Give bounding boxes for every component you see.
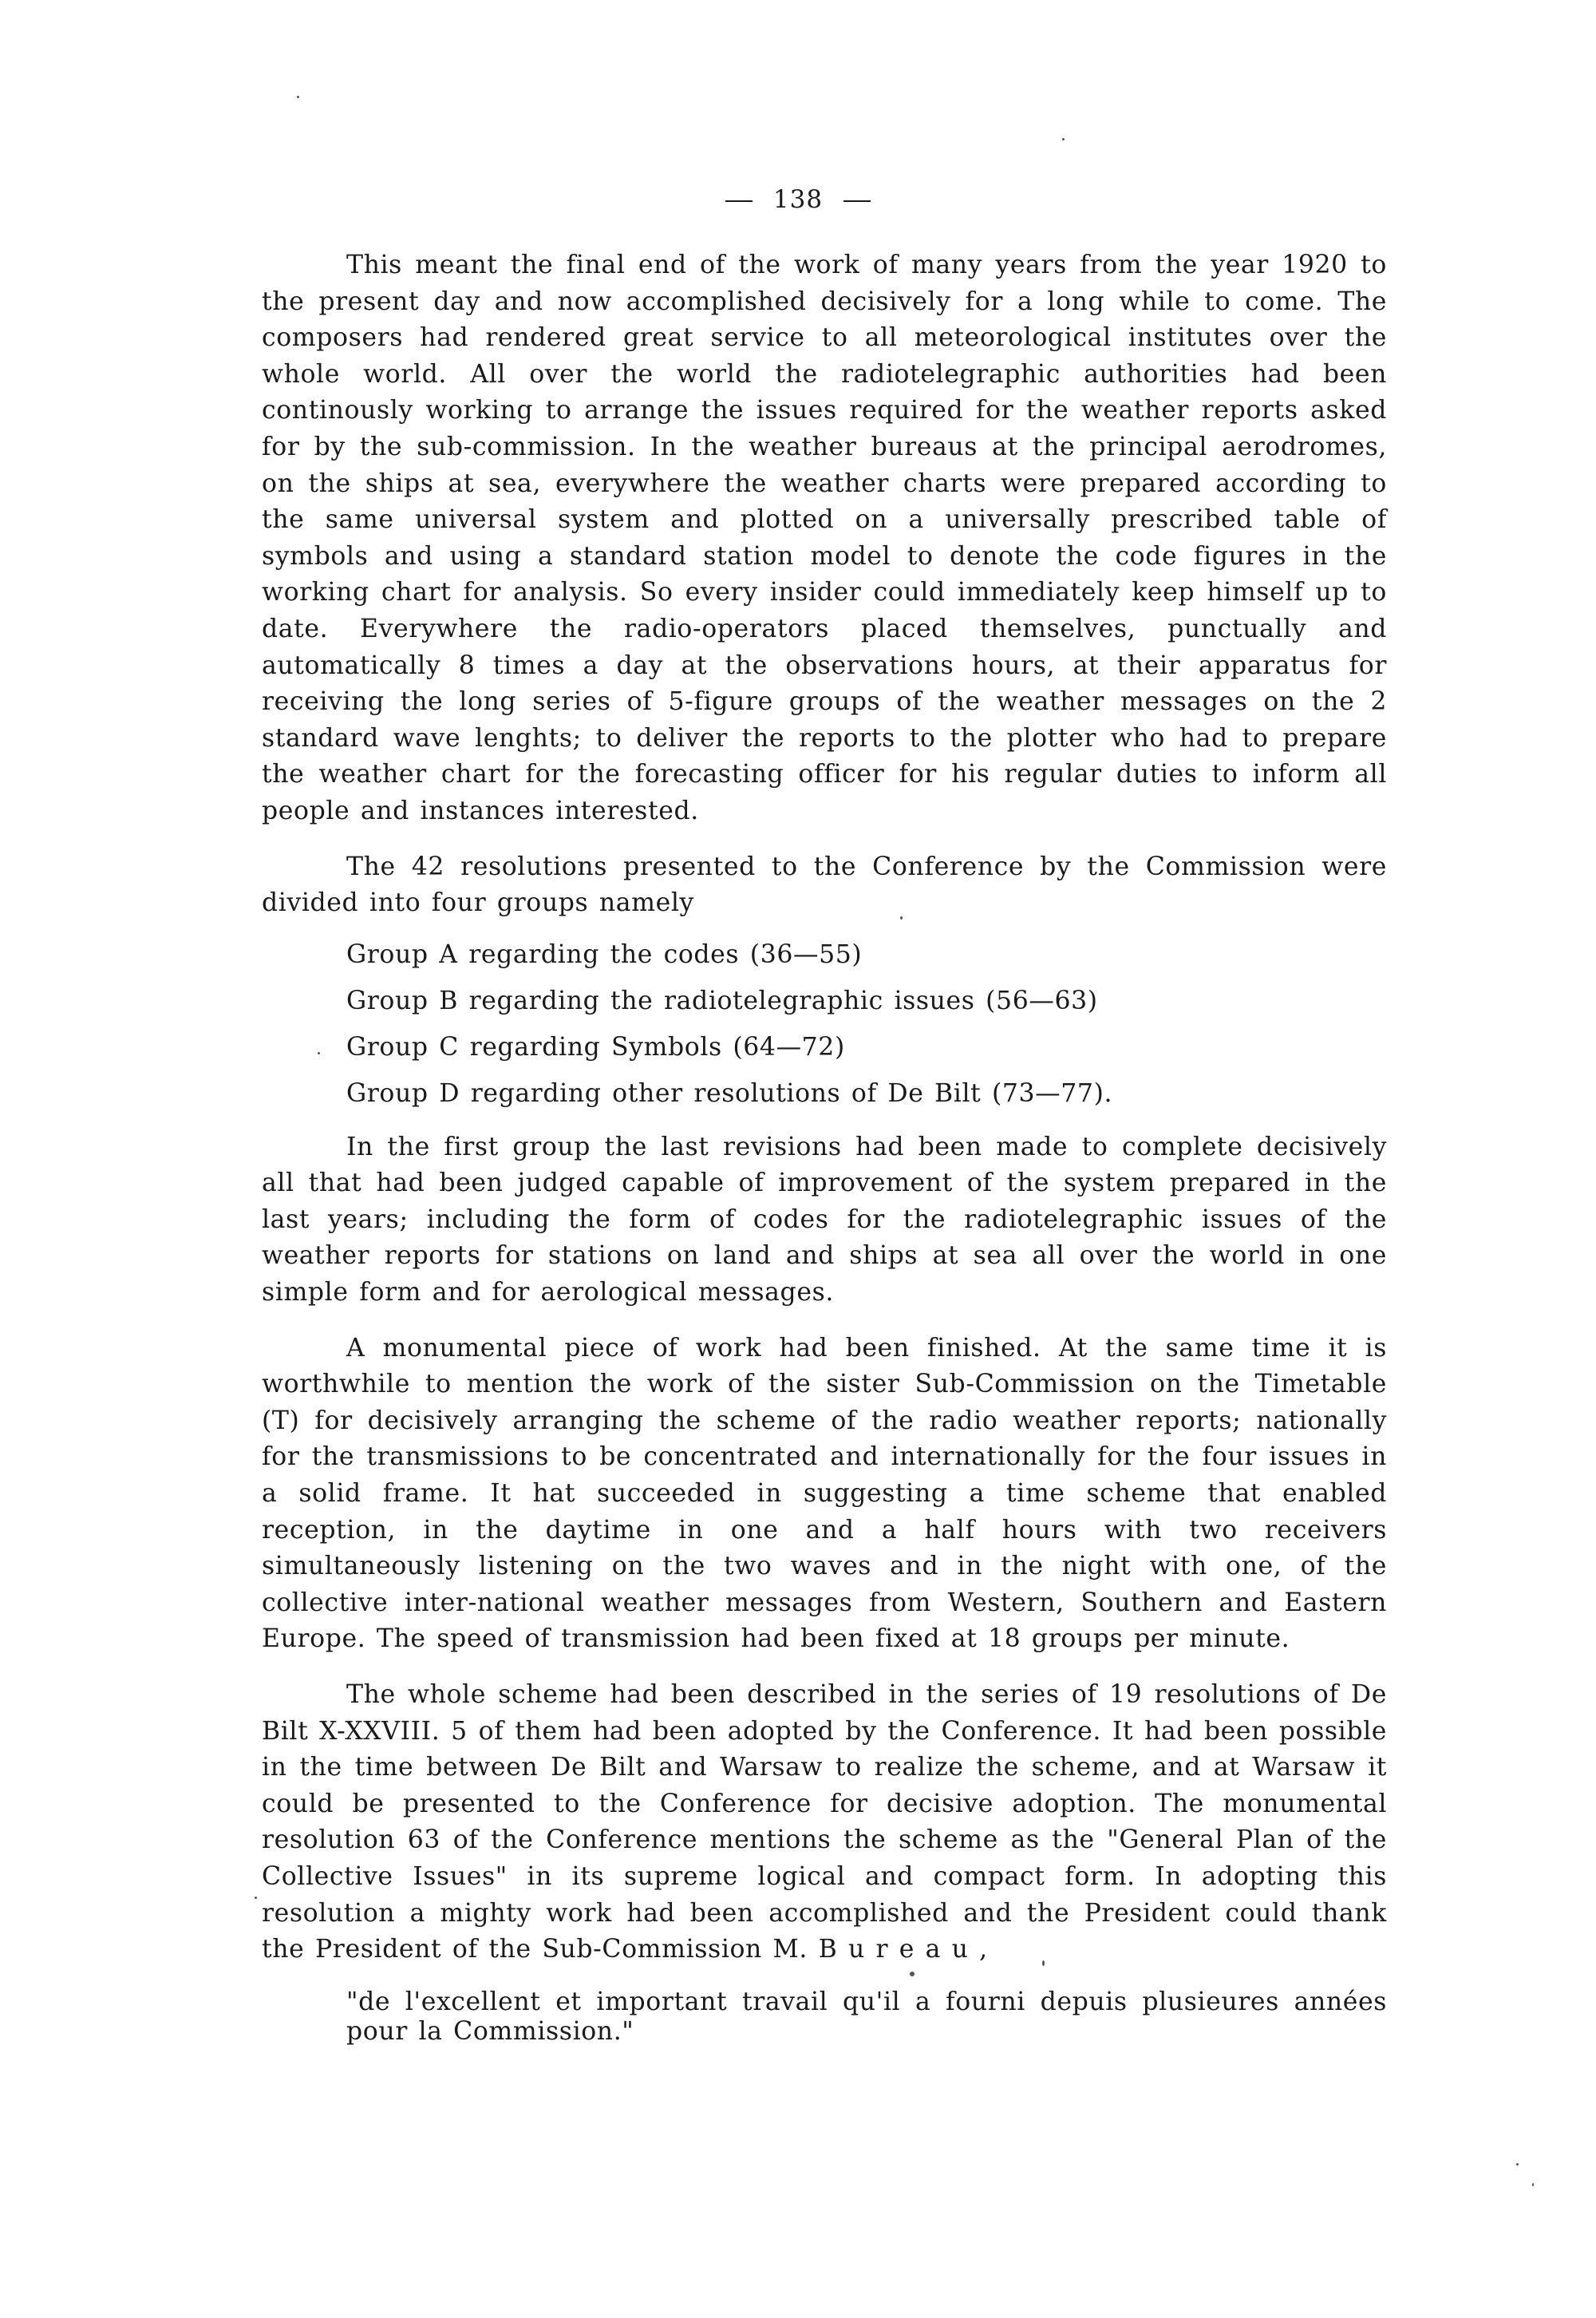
paragraph-first-group: In the first group the last revisions ha… [262,1129,1387,1311]
paragraph-end-of-work: This meant the final end of the work of … [262,247,1387,830]
scan-speck [910,1972,915,1976]
group-a-item: Group A regarding the codes (36—55) [262,932,1387,978]
group-c-item: Group C regarding Symbols (64—72) [262,1024,1387,1070]
page-number: 138 [0,185,1596,214]
group-b-item: Group B regarding the radiotelegraphic i… [262,978,1387,1024]
page-number-dash-left [725,200,753,202]
paragraph-monumental-work: A monumental piece of work had been fini… [262,1331,1387,1658]
scan-speck [900,916,903,920]
scan-speck [297,96,299,98]
body-text: This meant the final end of the work of … [262,247,1387,2047]
paragraph-resolutions-intro: The 42 resolutions presented to the Conf… [262,849,1387,922]
page-number-dash-right [843,200,871,202]
scan-speck [1532,2183,1534,2186]
scan-speck [255,1897,257,1899]
group-d-item: Group D regarding other resolutions of D… [262,1070,1387,1117]
resolution-groups-list: Group A regarding the codes (36—55) Grou… [262,932,1387,1117]
scan-speck [1042,1960,1045,1966]
scan-speck [318,1052,320,1054]
scan-speck [1516,2163,1519,2166]
paragraph-whole-scheme: The whole scheme had been described in t… [262,1677,1387,1968]
french-quote: "de l'excellent et important travail qu'… [346,1988,1387,2047]
page-number-value: 138 [773,185,823,214]
scan-speck [1062,138,1065,140]
